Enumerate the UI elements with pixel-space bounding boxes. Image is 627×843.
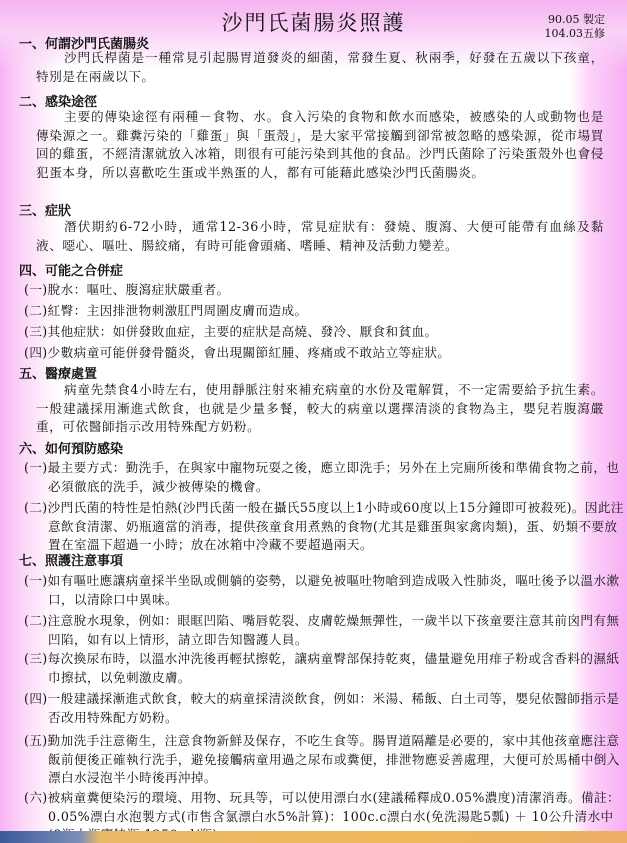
list-item: (二)紅臀：主因排泄物刺激肛門周圍皮膚而造成。 [24, 302, 627, 321]
document-page: 沙門氏菌腸炎照護 90.05 製定 104.03五修 一、何謂沙門氏菌腸炎 沙門… [0, 0, 627, 843]
revised-date: 104.03五修 [545, 27, 606, 41]
list-item: (四)少數病童可能併發骨髓炎，會出現關節紅腫、疼痛或不敢站立等症狀。 [24, 344, 627, 363]
list-item: (三)每次換尿布時，以溫水沖洗後再輕拭擦乾，讓病童臀部保持乾爽，儘量避免用痱子粉… [24, 650, 627, 687]
section-heading-complications: 四、可能之合併症 [19, 260, 123, 279]
list-item: (二)沙門氏菌的特性是怕熱(沙門氏菌一般在攝氏55度以上1小時或60度以上15分… [24, 499, 627, 555]
bottom-decorative-banner [0, 831, 627, 843]
section-paragraph-treatment: 病童先禁食4小時左右，使用靜脈注射來補充病童的水份及電解質，不一定需要給予抗生素… [36, 381, 604, 437]
list-item: (三)其他症狀：如併發敗血症，主要的症狀是高燒、發冷、厭食和貧血。 [24, 323, 627, 342]
section-heading-treatment: 五、醫療處置 [19, 363, 97, 382]
section-paragraph-definition: 沙門氏桿菌是一種常見引起腸胃道發炎的細菌，常發生夏、秋兩季，好發在五歲以下孩童，… [36, 49, 604, 86]
list-item: (一)脫水：嘔吐、腹瀉症狀嚴重者。 [24, 281, 627, 300]
section-paragraph-transmission: 主要的傳染途徑有兩種－食物、水。食入污染的食物和飲水而感染，被感染的人或動物也是… [36, 108, 604, 182]
section-heading-prevention: 六、如何預防感染 [19, 438, 123, 457]
list-item: (四)一般建議採漸進式飲食，較大的病童採清淡飲食，例如：米湯、稀飯、白土司等，嬰… [24, 690, 627, 727]
section-paragraph-symptoms: 潛伏期約6-72小時，通常12-36小時，常見症狀有：發燒、腹瀉、大便可能帶有血… [36, 218, 604, 255]
revision-info: 90.05 製定 104.03五修 [545, 13, 606, 41]
section-heading-symptoms: 三、症狀 [19, 200, 71, 219]
list-item: (一)最主要方式：勤洗手，在與家中寵物玩耍之後，應立即洗手；另外在上完廁所後和準… [24, 459, 627, 496]
section-heading-care-notes: 七、照護注意事項 [19, 550, 123, 569]
list-item: (五)勤加洗手注意衛生，注意食物新鮮及保存，不吃生食等。腸胃道隔離是必要的，家中… [24, 732, 627, 788]
list-item: (二)注意脫水現象，例如：眼眶凹陷、嘴唇乾裂、皮膚乾燥無彈性，一歲半以下孩童要注… [24, 612, 627, 649]
created-date: 90.05 製定 [545, 13, 606, 27]
list-item: (一)如有嘔吐應讓病童採半坐臥或側躺的姿勢，以避免被嘔吐物嗆到造成吸入性肺炎，嘔… [24, 572, 627, 609]
